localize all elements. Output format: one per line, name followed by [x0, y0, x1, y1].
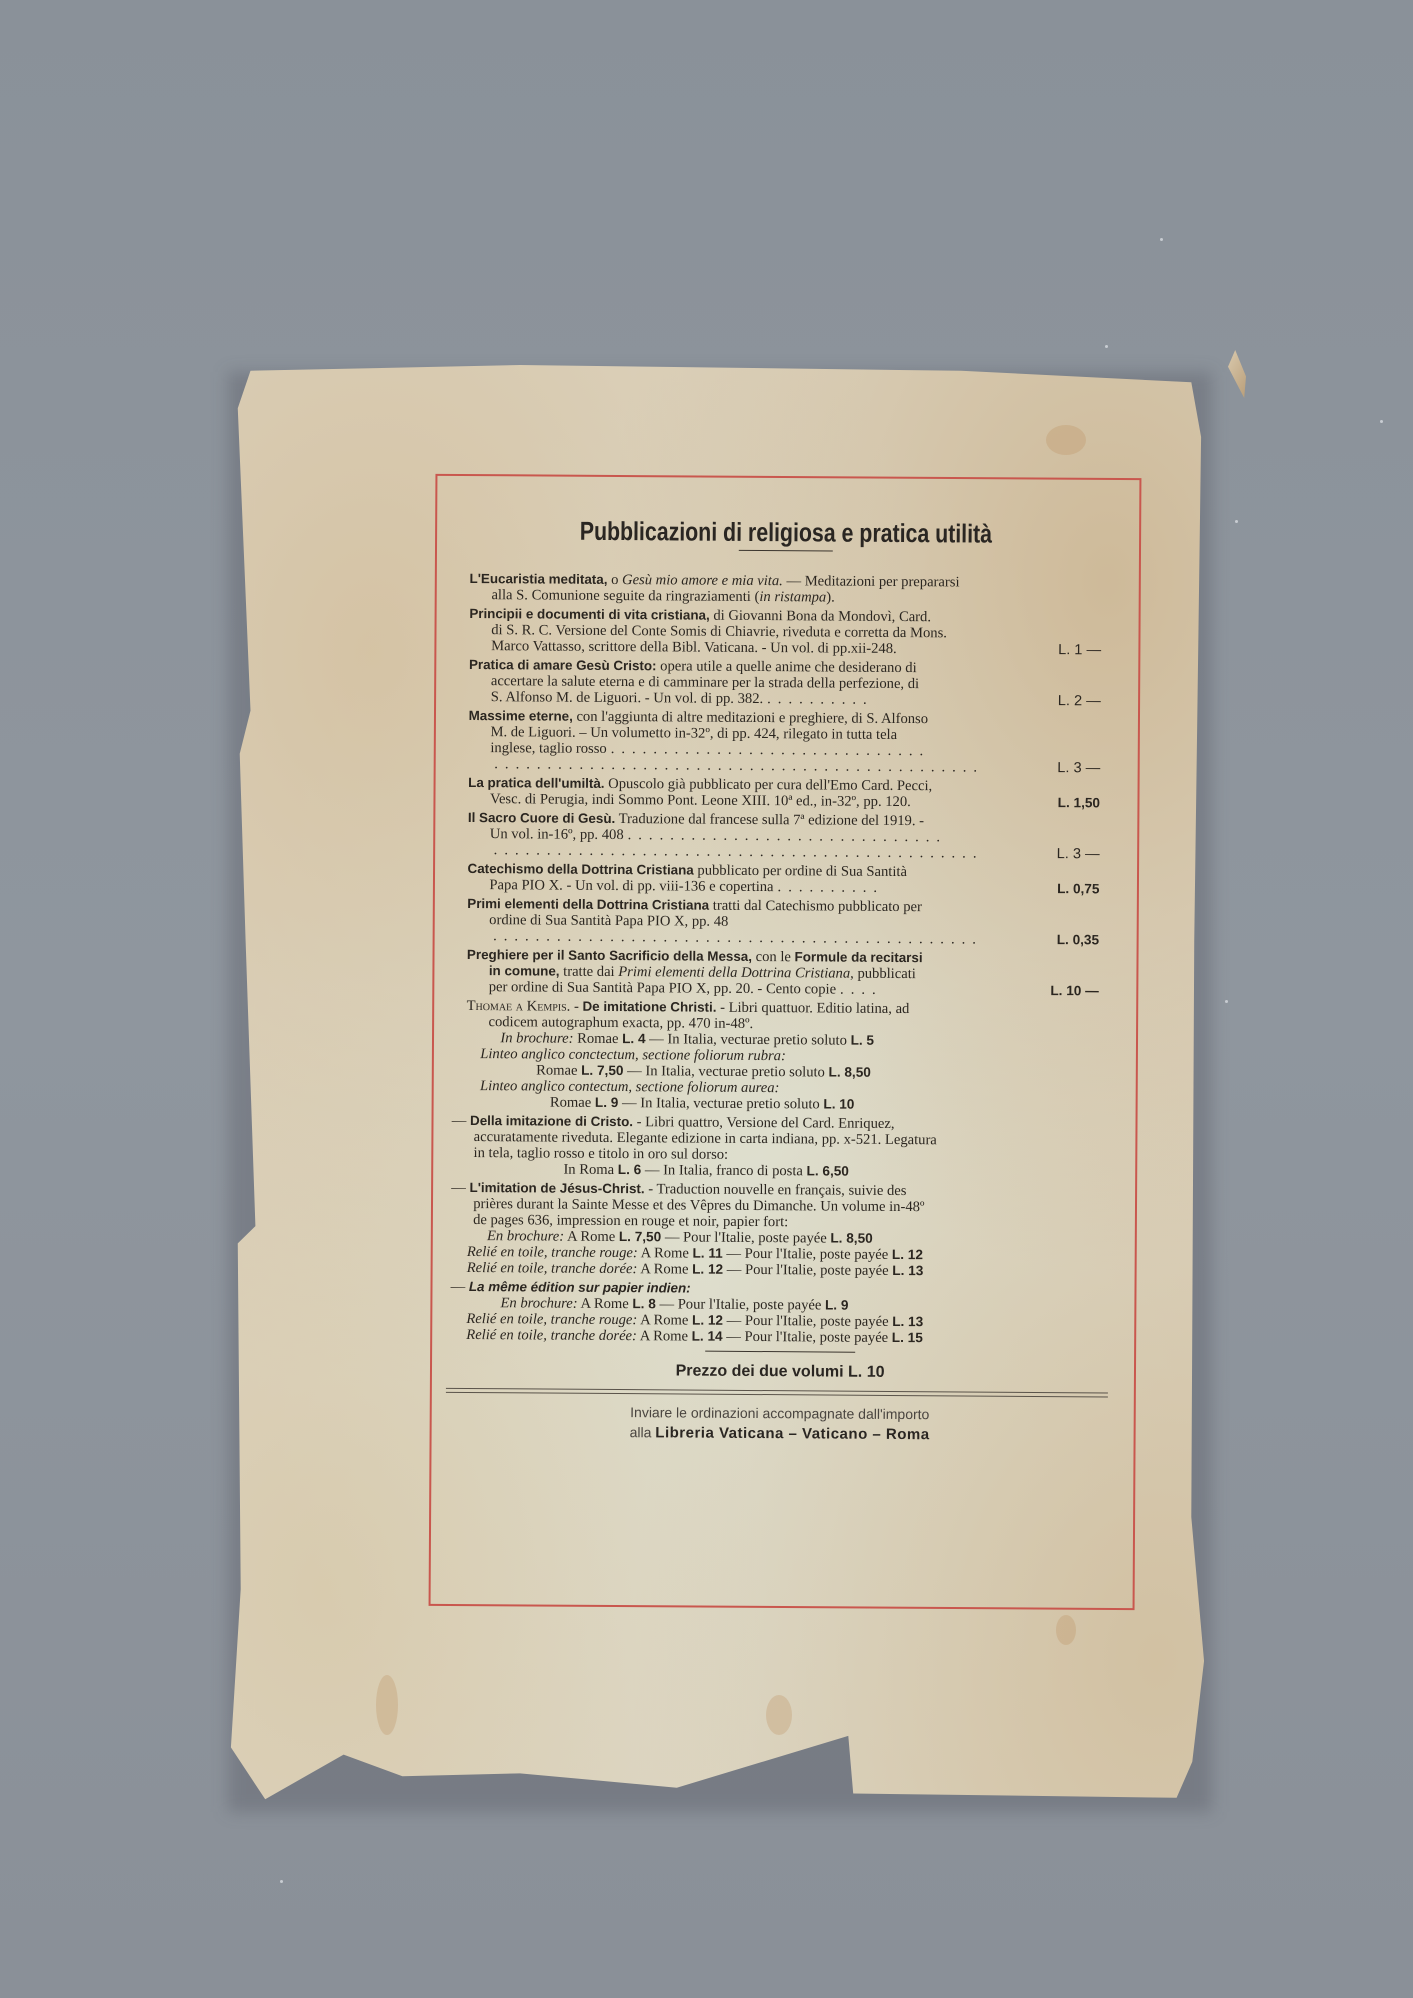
section-divider [705, 1351, 855, 1353]
entry-de-imitatione: Thomae a Kempis. - De imitatione Christi… [466, 998, 1099, 1114]
entry-massime-eterne: Massime eterne, con l'aggiunta di altre … [468, 708, 1100, 776]
price: L. 0,75 [1057, 881, 1099, 897]
entry-meme-edition: — La même édition sur papier indien: En … [450, 1279, 1096, 1348]
price: L. 3 — [1057, 846, 1100, 862]
entry-primi-elementi: Primi elementi della Dottrina Cristiana … [467, 896, 1099, 948]
order-instructions: Inviare le ordinazioni accompagnate dall… [464, 1401, 1096, 1446]
entry-pratica-amare: Pratica di amare Gesù Cristo: opera util… [469, 657, 1101, 709]
paper-flake [1228, 350, 1246, 398]
price: L. 10 — [1050, 983, 1098, 999]
double-rule [446, 1388, 1108, 1398]
entry-pratica-umilta: La pratica dell'umiltà. Opuscolo già pub… [468, 775, 1100, 811]
entry-imitazione-cristo: — Della imitazione di Cristo. - Libri qu… [451, 1113, 1097, 1182]
entry-eucaristia: L'Eucaristia meditata, o Gesù mio amore … [469, 571, 1101, 607]
dust-speck [1225, 1000, 1228, 1003]
dust-speck [1105, 345, 1108, 348]
dust-speck [280, 1880, 283, 1883]
publisher-address: Libreria Vaticana – Vaticano – Roma [655, 1424, 929, 1443]
total-price: Prezzo dei due volumi L. 10 [464, 1362, 1096, 1382]
entry-principii: Principii e documenti di vita cristiana,… [469, 606, 1101, 658]
dust-speck [1160, 238, 1163, 241]
price: L. 0,35 [1057, 932, 1099, 948]
price: L. 3 — [1057, 760, 1100, 776]
entry-catechismo: Catechismo della Dottrina Cristiana pubb… [467, 861, 1099, 897]
page-title: Pubblicazioni di religiosa e pratica uti… [527, 522, 1045, 542]
title-divider [739, 550, 833, 552]
dust-speck [1380, 420, 1383, 423]
entry-preghiere-messa: Preghiere per il Santo Sacrificio della … [467, 947, 1099, 999]
dust-speck [1235, 520, 1238, 523]
price: L. 1,50 [1058, 795, 1100, 811]
price: L. 2 — [1058, 693, 1101, 709]
price: L. 1 — [1058, 642, 1101, 658]
entry-sacro-cuore: Il Sacro Cuore di Gesù. Traduzione dal f… [468, 810, 1100, 862]
entry-imitation-jesus: — L'imitation de Jésus-Christ. - Traduct… [451, 1180, 1098, 1281]
publication-list: Pubblicazioni di religiosa e pratica uti… [464, 520, 1102, 1446]
